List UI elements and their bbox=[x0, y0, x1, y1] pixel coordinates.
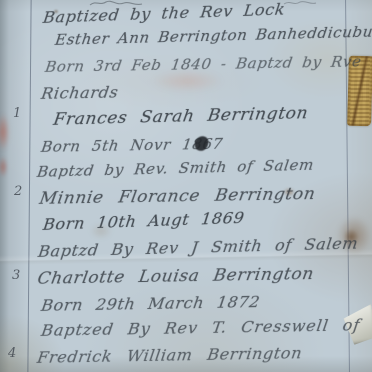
register-line: Baptzd By Rev J Smith of Salem bbox=[37, 234, 359, 261]
register-line: Born 3rd Feb 1840 - Baptzd by Rve bbox=[44, 52, 363, 76]
register-line: Richards bbox=[40, 83, 120, 103]
entry-number: 3 bbox=[12, 268, 20, 283]
register-line: Born 29th March 1872 bbox=[40, 292, 261, 315]
register-line: Frances Sarah Berrington bbox=[52, 103, 310, 130]
register-line: Fredrick William Berrington bbox=[36, 343, 304, 367]
register-line: Baptized by the Rev Lock bbox=[42, 0, 286, 27]
entry-number: 1 bbox=[13, 106, 21, 121]
register-line: Minnie Florance Berrington bbox=[38, 184, 317, 209]
register-line: Born 10th Augt 1869 bbox=[42, 208, 246, 234]
register-page-photo: 1 2 3 4 Baptized by the Rev Lock Esther … bbox=[0, 0, 372, 372]
left-margin-rule bbox=[27, 0, 31, 372]
register-line: Charlotte Louisa Berrington bbox=[36, 264, 315, 289]
entry-number: 2 bbox=[14, 184, 22, 199]
red-stain bbox=[0, 106, 12, 158]
register-line: Born 5th Novr 1867 bbox=[40, 135, 224, 156]
register-line: Baptzd by Rev. Smith of Salem bbox=[36, 156, 315, 181]
register-line: Esther Ann Berrington Banheddicubun bbox=[54, 22, 372, 49]
entry-number: 4 bbox=[8, 346, 16, 361]
red-stain-small bbox=[0, 152, 10, 182]
register-line: Baptzed By Rev T. Cresswell of Sale bbox=[40, 315, 372, 340]
